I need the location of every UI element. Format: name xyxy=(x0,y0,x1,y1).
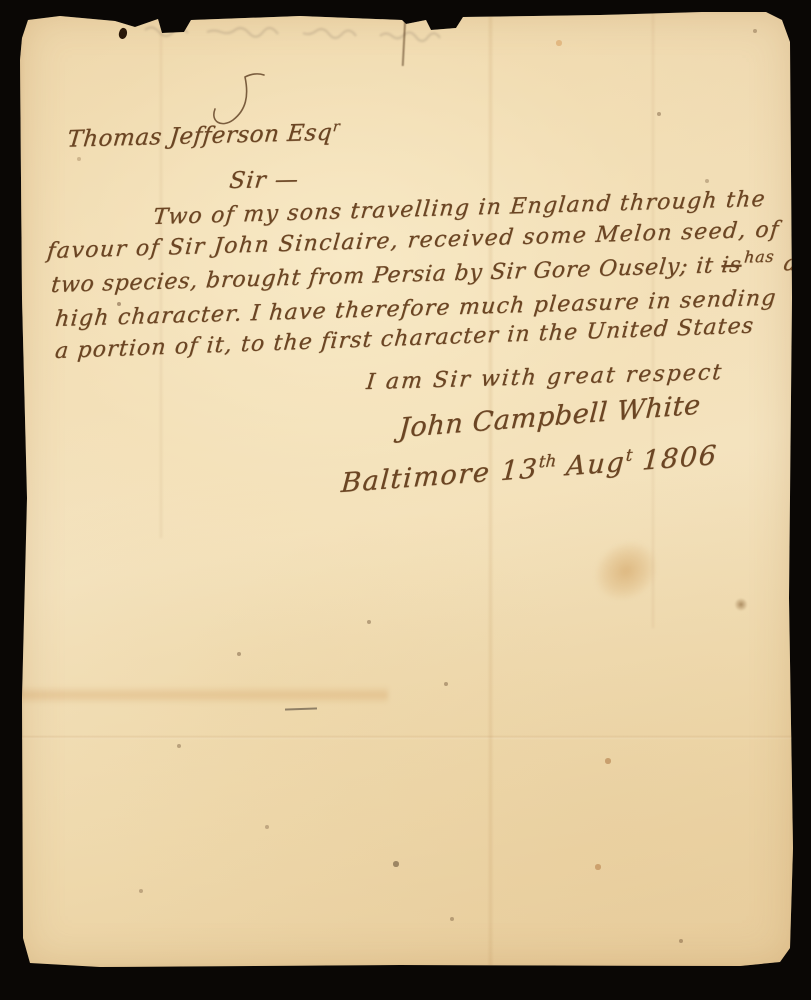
dateline-month: Aug xyxy=(555,447,626,483)
struck-word: is xyxy=(720,253,742,279)
ink-blot xyxy=(117,27,128,40)
dateline-place-day: Baltimore 13 xyxy=(340,453,539,499)
photo-backdrop: { "scene": { "background_color": "#0a070… xyxy=(0,0,811,1000)
dateline-year: 1806 xyxy=(631,440,718,477)
addressee-superscript: r xyxy=(332,119,340,135)
horizontal-fold-crease xyxy=(18,736,796,739)
bleed-through-writing xyxy=(88,18,448,52)
letter-paper: Thomas Jefferson Esqr Sir — Two of my so… xyxy=(18,8,796,970)
dateline: Baltimore 13th Augt 1806 xyxy=(340,438,719,499)
signature-line: John Campbell White xyxy=(398,390,702,444)
addressee-name: Thomas Jefferson Esq xyxy=(66,120,333,153)
vertical-fold-crease xyxy=(489,8,492,970)
closing-line: I am Sir with great respect xyxy=(365,360,724,395)
salutation-line: Sir — xyxy=(228,167,300,194)
fold-stain-band xyxy=(18,686,388,704)
addressee-line: Thomas Jefferson Esqr xyxy=(66,119,340,153)
stain-smudge xyxy=(583,529,669,613)
paper-specks xyxy=(18,8,20,10)
inserted-word: has xyxy=(743,247,775,267)
pencil-mark xyxy=(285,707,317,710)
body-line-3-end: a xyxy=(775,251,799,277)
dateline-day-superscript: th xyxy=(538,450,557,471)
stain-dot xyxy=(734,598,748,611)
edge-tear-crack xyxy=(402,18,407,66)
